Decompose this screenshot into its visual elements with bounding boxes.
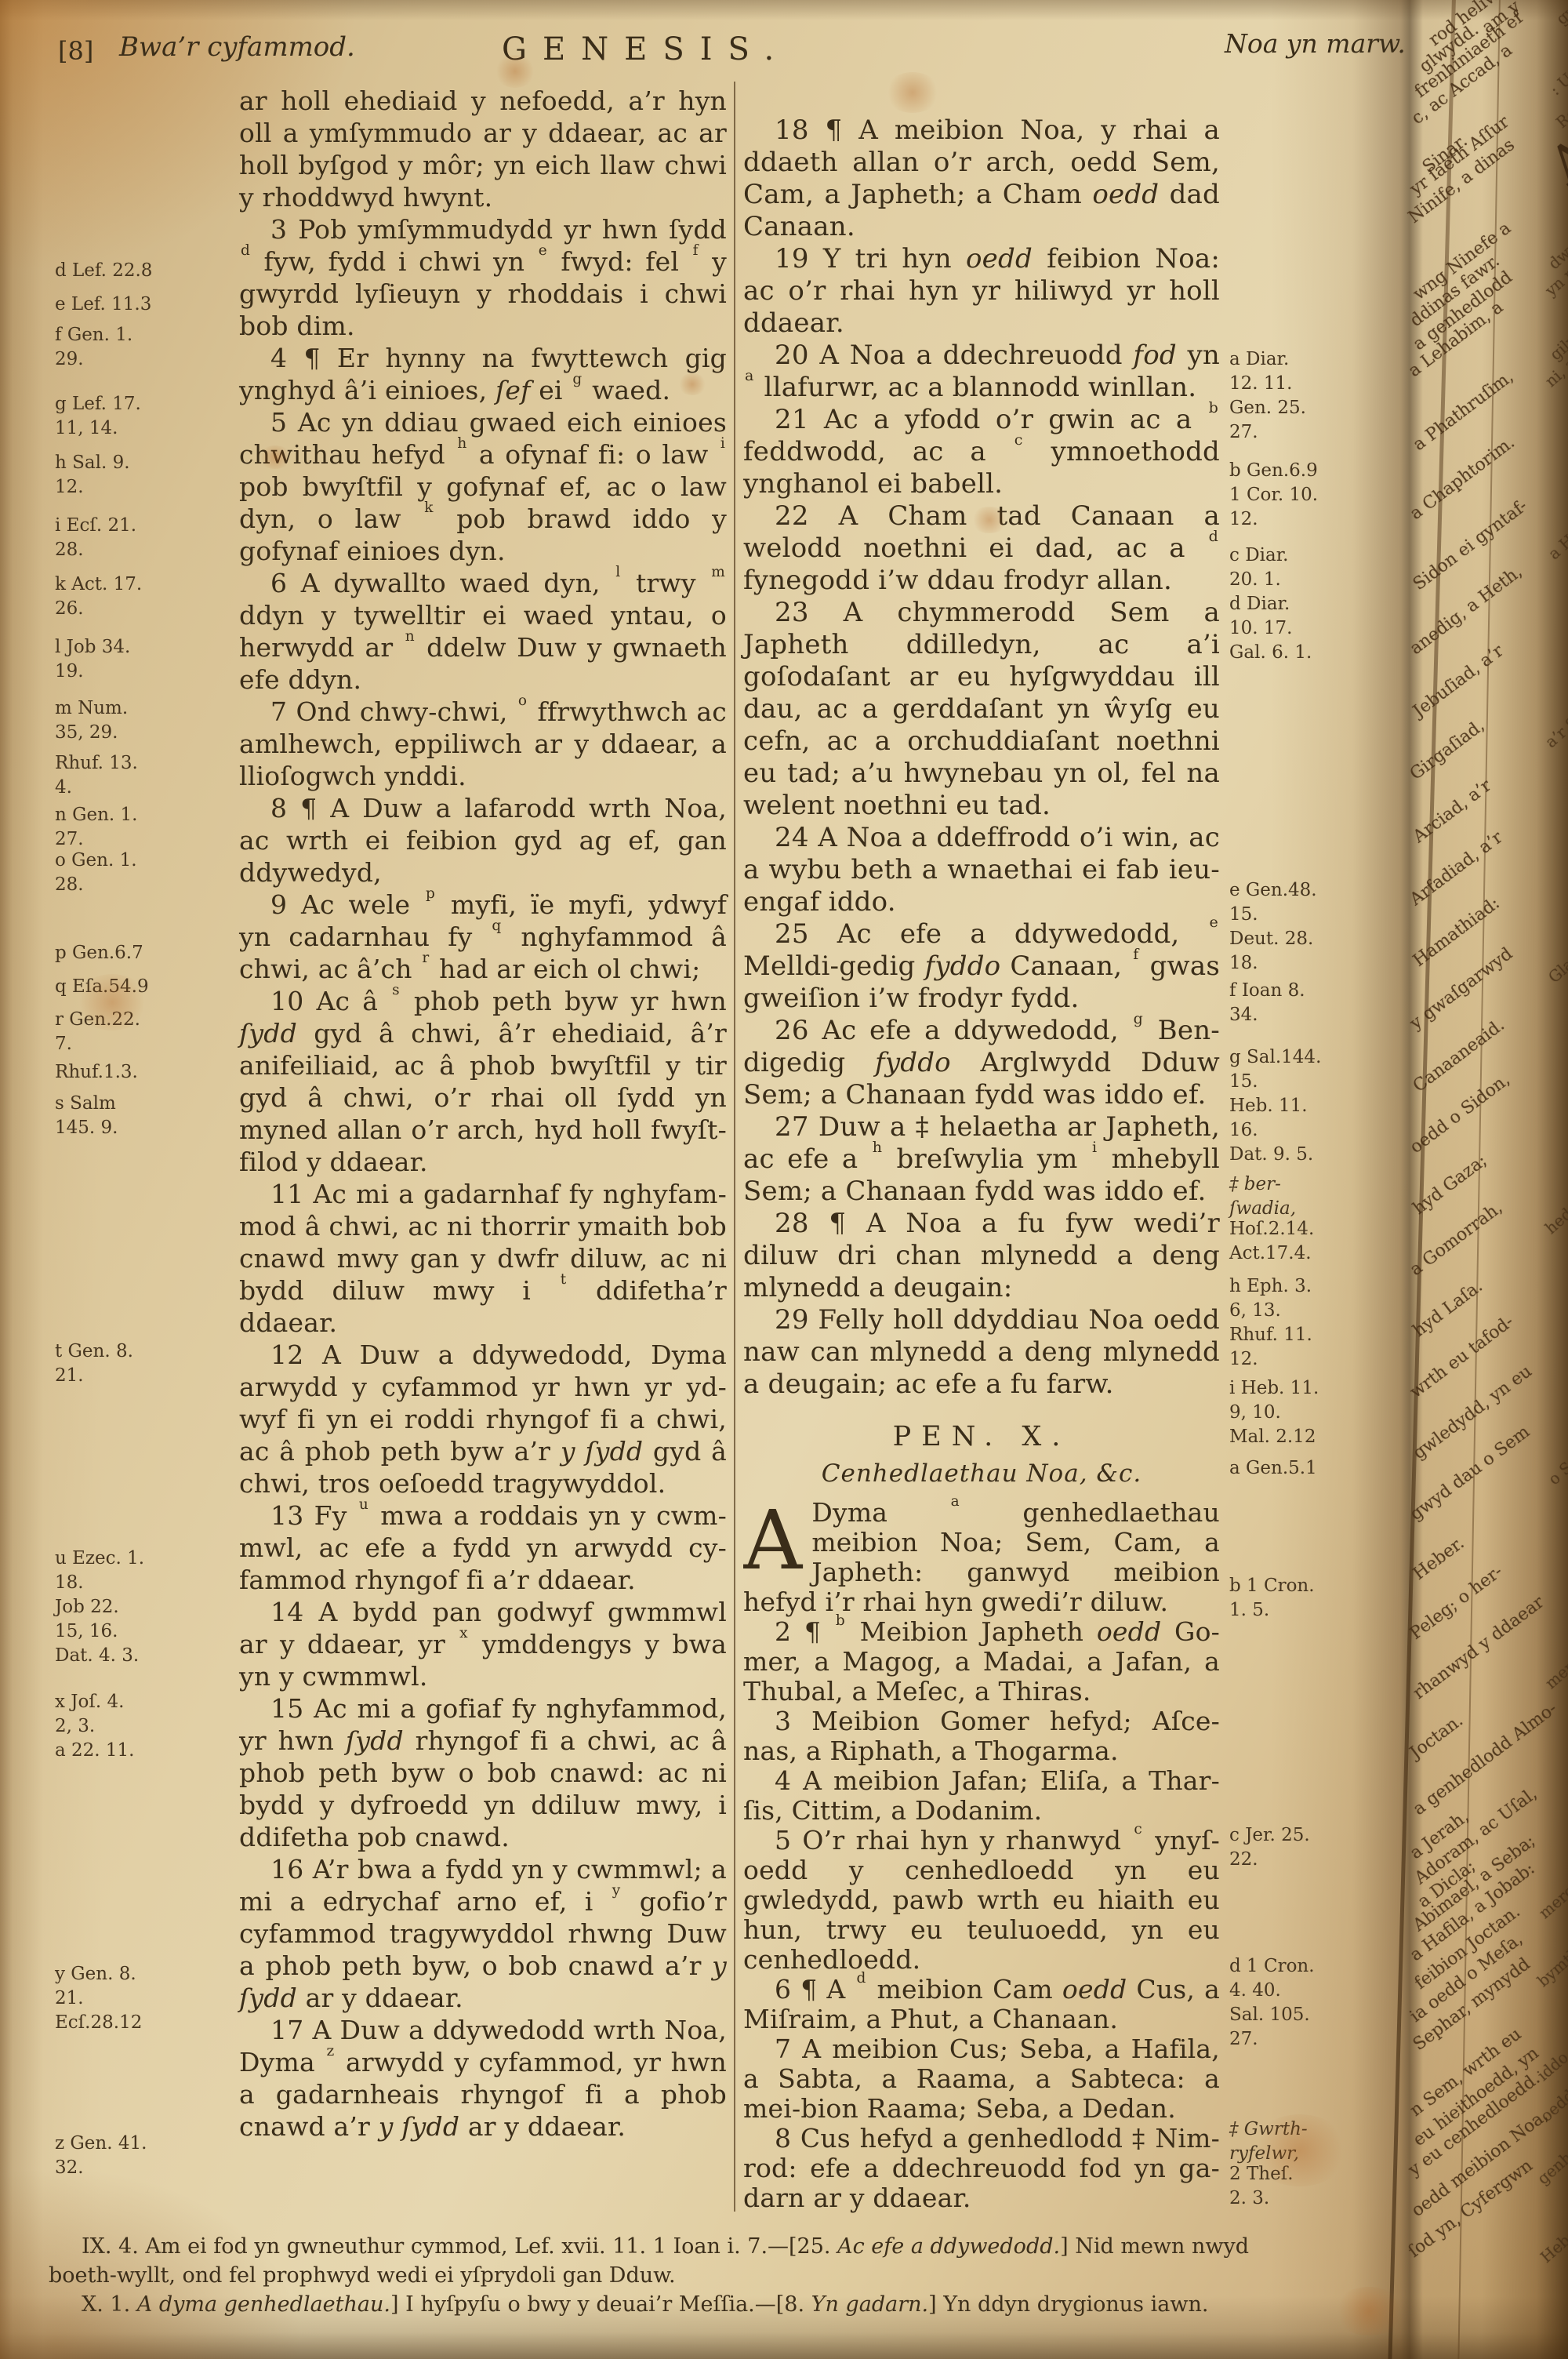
verse-paragraph: 13 Fy u mwa a roddais yn y cwm-mwl, ac e…: [239, 1499, 727, 1596]
margin-note: b 1 Cron. 1. 5.: [1229, 1574, 1315, 1623]
footnote-line: X. 1. A dyma genhedlaethau.] I hyſpyſu o…: [49, 2290, 1413, 2319]
paper-stain: [1333, 2287, 1405, 2335]
edge-text-fragment: genhed: [1534, 2135, 1568, 2188]
verse-paragraph: 7 A meibion Cus; Seba, a Hafila, a Sabta…: [743, 2034, 1220, 2124]
reference-letter: e: [1210, 914, 1218, 931]
chapter-subtitle: Cenhedlaethau Noa, &c.: [743, 1458, 1220, 1490]
footnote-line: boeth-wyllt, ond fel prophwyd wedi ei yſ…: [49, 2261, 1413, 2290]
reference-letter: o: [518, 692, 527, 709]
chapter-heading: PEN. X.: [743, 1421, 1220, 1453]
reference-letter: d: [1209, 528, 1218, 545]
verse-paragraph: 7 Ond chwy-chwi, o ffrwythwch ac amlhewc…: [239, 696, 727, 792]
margin-note: b Gen.6.9 1 Cor. 10. 12.: [1229, 459, 1318, 532]
left-text-column: ar holl ehediaid y nefoedd, a’r hyn oll …: [239, 85, 727, 2143]
margin-note: c Jer. 25. 22.: [1229, 1823, 1310, 1872]
verse-paragraph: 5 O’r rhai hyn y rhanwyd c ynyſ-oedd y c…: [743, 1826, 1220, 1975]
reference-letter: h: [457, 435, 466, 452]
verse-paragraph: 6 A dywallto waed dyn, l trwy m ddyn y t…: [239, 567, 727, 696]
edge-text-fragment: Heber: [1537, 2219, 1568, 2266]
verse-paragraph: 15 Ac mi a gofiaf fy nghyfammod, yr hwn …: [239, 1692, 727, 1853]
verse-paragraph: 3 Meibion Gomer hefyd; Aſce-nas, a Ripha…: [743, 1707, 1220, 1766]
drop-cap: A: [743, 1498, 811, 1578]
margin-note: f Ioan 8. 34.: [1229, 979, 1305, 1027]
reference-letter: x: [459, 1625, 468, 1641]
verse-paragraph: 18 ¶ A meibion Noa, y rhai a ddaeth alla…: [743, 114, 1220, 243]
edge-text-fragment: Joctan.: [1406, 1710, 1467, 1763]
verse-continuation: ar holl ehediaid y nefoedd, a’r hyn oll …: [239, 85, 727, 213]
verse-paragraph: 9 Ac wele p myfi, ïe myfi, ydwyf yn cada…: [239, 889, 727, 985]
margin-note: k Act. 17. 26.: [55, 572, 142, 621]
margin-note: z Gen. 41. 32.: [55, 2132, 147, 2180]
reference-letter: k: [424, 500, 433, 516]
verse-paragraph: ADyma a genhedlaethau meibion Noa; Sem, …: [743, 1498, 1220, 1617]
paper-stain: [259, 445, 292, 469]
margin-note: u Ezec. 1. 18. Job 22. 15, 16. Dat. 4. 3…: [55, 1547, 144, 1668]
margin-note: a Diar. 12. 11. Gen. 25. 27.: [1229, 347, 1306, 445]
reference-letter: g: [572, 371, 582, 387]
margin-note: h Eph. 3. 6, 13. Rhuf. 11. 12.: [1229, 1274, 1312, 1372]
verse-paragraph: 21 Ac a yfodd o’r gwin ac a b feddwodd, …: [743, 404, 1220, 500]
margin-note: e Lef. 11.3: [55, 293, 151, 317]
reference-letter: d: [241, 242, 250, 259]
reference-letter: a: [745, 367, 754, 384]
edge-text-fragment: hedd: [1541, 1198, 1568, 1238]
verse-paragraph: 5 Ac yn ddiau gwaed eich einioes chwitha…: [239, 406, 727, 567]
paper-stain: [494, 55, 536, 88]
margin-note: s Salm 145. 9.: [55, 1092, 118, 1140]
book-page-scan: [8] Bwa’r cyfammod. GENESIS. Noa yn marw…: [0, 0, 1568, 2359]
paper-stain: [75, 974, 149, 1030]
reference-letter: f: [693, 242, 699, 259]
margin-note: f Gen. 1. 29.: [55, 323, 132, 372]
reference-letter: l: [615, 564, 620, 580]
margin-note: ‡ ber- ſwadia,: [1229, 1172, 1296, 1221]
reference-letter: q: [492, 918, 501, 934]
verse-paragraph: 20 A Noa a ddechreuodd fod yn a llafurwr…: [743, 340, 1220, 404]
next-page-drop-cap: A: [1538, 125, 1568, 196]
paper-stain: [884, 72, 941, 113]
verse-paragraph: 28 ¶ A Noa a fu fyw wedi’r diluw dri cha…: [743, 1208, 1220, 1304]
margin-note: d Lef. 22.8: [55, 259, 152, 283]
reference-letter: u: [359, 1496, 368, 1513]
reference-letter: p: [426, 885, 435, 902]
edge-text-fragment: o Sem: [1544, 1442, 1568, 1488]
footnote-line: IX. 4. Am ei fod yn gwneuthur cymmod, Le…: [49, 2232, 1413, 2261]
margin-note: i Heb. 11. 9, 10. Mal. 2.12: [1229, 1376, 1319, 1449]
margin-note: l Job 34. 19.: [55, 635, 130, 684]
reference-letter: c: [1134, 1821, 1142, 1837]
reference-letter: h: [873, 1139, 882, 1156]
verse-paragraph: 4 A meibion Jafan; Eliſa, a Thar-ſis, Ci…: [743, 1766, 1220, 1826]
reference-letter: c: [1014, 431, 1023, 449]
reference-letter: d: [856, 1970, 866, 1986]
verse-paragraph: 4 ¶ Er hynny na fwyttewch gig ynghyd â’i…: [239, 342, 727, 406]
margin-note: h Sal. 9. 12.: [55, 451, 130, 500]
margin-note: o Gen. 1. 28.: [55, 849, 137, 897]
verse-paragraph: 3 Pob ymſymmudydd yr hwn ſydd d fyw, fyd…: [239, 213, 727, 342]
reference-letter: f: [1133, 946, 1138, 963]
margin-note: n Gen. 1. 27.: [55, 803, 138, 852]
margin-note: x Joſ. 4. 2, 3. a 22. 11.: [55, 1690, 135, 1763]
margin-note: Hoſ.2.14. Act.17.4.: [1229, 1217, 1314, 1266]
reference-letter: n: [405, 628, 415, 645]
reference-letter: s: [392, 982, 400, 998]
verse-paragraph: 6 ¶ A d meibion Cam oedd Cus, a Miſraim,…: [743, 1975, 1220, 2034]
verse-paragraph: 25 Ac efe a ddywedodd, e Melldi-gedig fy…: [743, 918, 1220, 1015]
reference-letter: e: [539, 242, 547, 259]
reference-letter: t: [561, 1271, 567, 1288]
margin-note: y Gen. 8. 21. Ecſ.28.12: [55, 1962, 142, 2035]
margin-note: a Gen.5.1: [1229, 1456, 1317, 1481]
paper-stain: [677, 373, 707, 395]
edge-text-fragment: Glan: [1544, 948, 1568, 987]
margin-note: p Gen.6.7: [55, 941, 143, 965]
reference-letter: y: [612, 1882, 621, 1899]
verse-paragraph: 16 A’r bwa a fydd yn y cwmmwl; a mi a ed…: [239, 1853, 727, 2014]
margin-note: g Lef. 17. 11, 14.: [55, 392, 141, 441]
footnotes-block: IX. 4. Am ei fod yn gwneuthur cymmod, Le…: [49, 2232, 1413, 2319]
margin-note: d 1 Cron. 4. 40. Sal. 105. 27.: [1229, 1954, 1315, 2052]
verse-paragraph: 12 A Duw a ddywedodd, Dyma arwydd y cyfa…: [239, 1339, 727, 1499]
edge-text-fragment: Heber.: [1410, 1533, 1468, 1584]
edge-text-fragment: bymth: [1534, 1943, 1568, 1990]
edge-text-fragment: a He: [1544, 525, 1568, 563]
verse-paragraph: 17 A Duw a ddywedodd wrth Noa, Dyma z ar…: [239, 2014, 727, 2143]
reference-letter: g: [1134, 1010, 1143, 1027]
margin-note: g Sal.144. 15. Heb. 11. 16. Dat. 9. 5.: [1229, 1045, 1321, 1167]
edge-text-fragment: : Ur: [1546, 64, 1568, 99]
reference-letter: z: [326, 2043, 334, 2059]
book-title: GENESIS.: [502, 31, 789, 67]
reference-letter: r: [422, 950, 429, 966]
reference-letter: b: [836, 1612, 845, 1629]
verse-paragraph: 11 Ac mi a gadarnhaf fy nghyfam-mod â ch…: [239, 1178, 727, 1339]
verse-paragraph: 2 ¶ b Meibion Japheth oedd Go-mer, a Mag…: [743, 1617, 1220, 1707]
reference-letter: a: [951, 1498, 960, 1510]
verse-paragraph: 24 A Noa a ddeffrodd o’i win, ac a wybu …: [743, 822, 1220, 918]
edge-text-fragment: gwe: [1552, 0, 1568, 28]
reference-letter: i: [720, 435, 725, 452]
margin-note: i Ecſ. 21. 28.: [55, 514, 136, 562]
verse-paragraph: 19 Y tri hyn oedd feibion Noa: ac o’r rh…: [743, 243, 1220, 340]
reference-letter: b: [1209, 399, 1218, 416]
paper-stain: [1251, 2114, 1348, 2186]
verse-paragraph: 14 A bydd pan godwyf gwmmwl ar y ddaear,…: [239, 1596, 727, 1692]
column-divider-rule: [734, 82, 735, 2212]
verse-paragraph: 26 Ac efe a ddywedodd, g Ben-digedig fyd…: [743, 1015, 1220, 1111]
margin-note: m Num. 35, 29.: [55, 696, 128, 745]
edge-text-fragment: merc: [1541, 1652, 1568, 1692]
margin-note: c Diar. 20. 1.: [1229, 543, 1288, 592]
right-text-column: 18 ¶ A meibion Noa, y rhai a ddaeth alla…: [743, 114, 1220, 2213]
left-margin-references: d Lef. 22.8e Lef. 11.3f Gen. 1. 29.g Lef…: [55, 0, 234, 2359]
verse-paragraph: 29 Felly holl ddyddiau Noa oedd naw can …: [743, 1304, 1220, 1401]
edge-text-fragment: Girgaſiad,: [1406, 716, 1488, 784]
margin-note: d Diar. 10. 17. Gal. 6. 1.: [1229, 592, 1312, 665]
margin-note: t Gen. 8. 21.: [55, 1339, 133, 1388]
right-margin-references: a Diar. 12. 11. Gen. 25. 27.b Gen.6.9 1 …: [1229, 0, 1396, 2359]
edge-text-fragment: merch: [1535, 1875, 1568, 1922]
verse-paragraph: 10 Ac â s phob peth byw yr hwn ſydd gyd …: [239, 985, 727, 1178]
verse-paragraph: 8 ¶ A Duw a lafarodd wrth Noa, ac wrth e…: [239, 792, 727, 889]
margin-note: Rhuf. 13. 4.: [55, 751, 138, 800]
paper-stain: [971, 507, 1008, 533]
margin-note: e Gen.48. 15. Deut. 28. 18.: [1229, 878, 1317, 976]
verse-paragraph: 23 A chymmerodd Sem a Japheth ddilledyn,…: [743, 597, 1220, 822]
reference-letter: i: [1092, 1139, 1097, 1156]
margin-note: Rhuf.1.3.: [55, 1060, 138, 1085]
reference-letter: m: [711, 564, 725, 580]
verse-paragraph: 27 Duw a ‡ helaetha ar Japheth, ac efe a…: [743, 1111, 1220, 1208]
edge-text-fragment: a’r S: [1541, 713, 1568, 752]
curled-next-page-edge: am yrod heliwr caglwydd.frenhiniaeth efc…: [1403, 0, 1568, 2359]
edge-text-fragment: hyd Laſa.: [1410, 1277, 1486, 1341]
verse-paragraph: 8 Cus hefyd a genhedlodd ‡ Nim-rod: efe …: [743, 2124, 1220, 2213]
